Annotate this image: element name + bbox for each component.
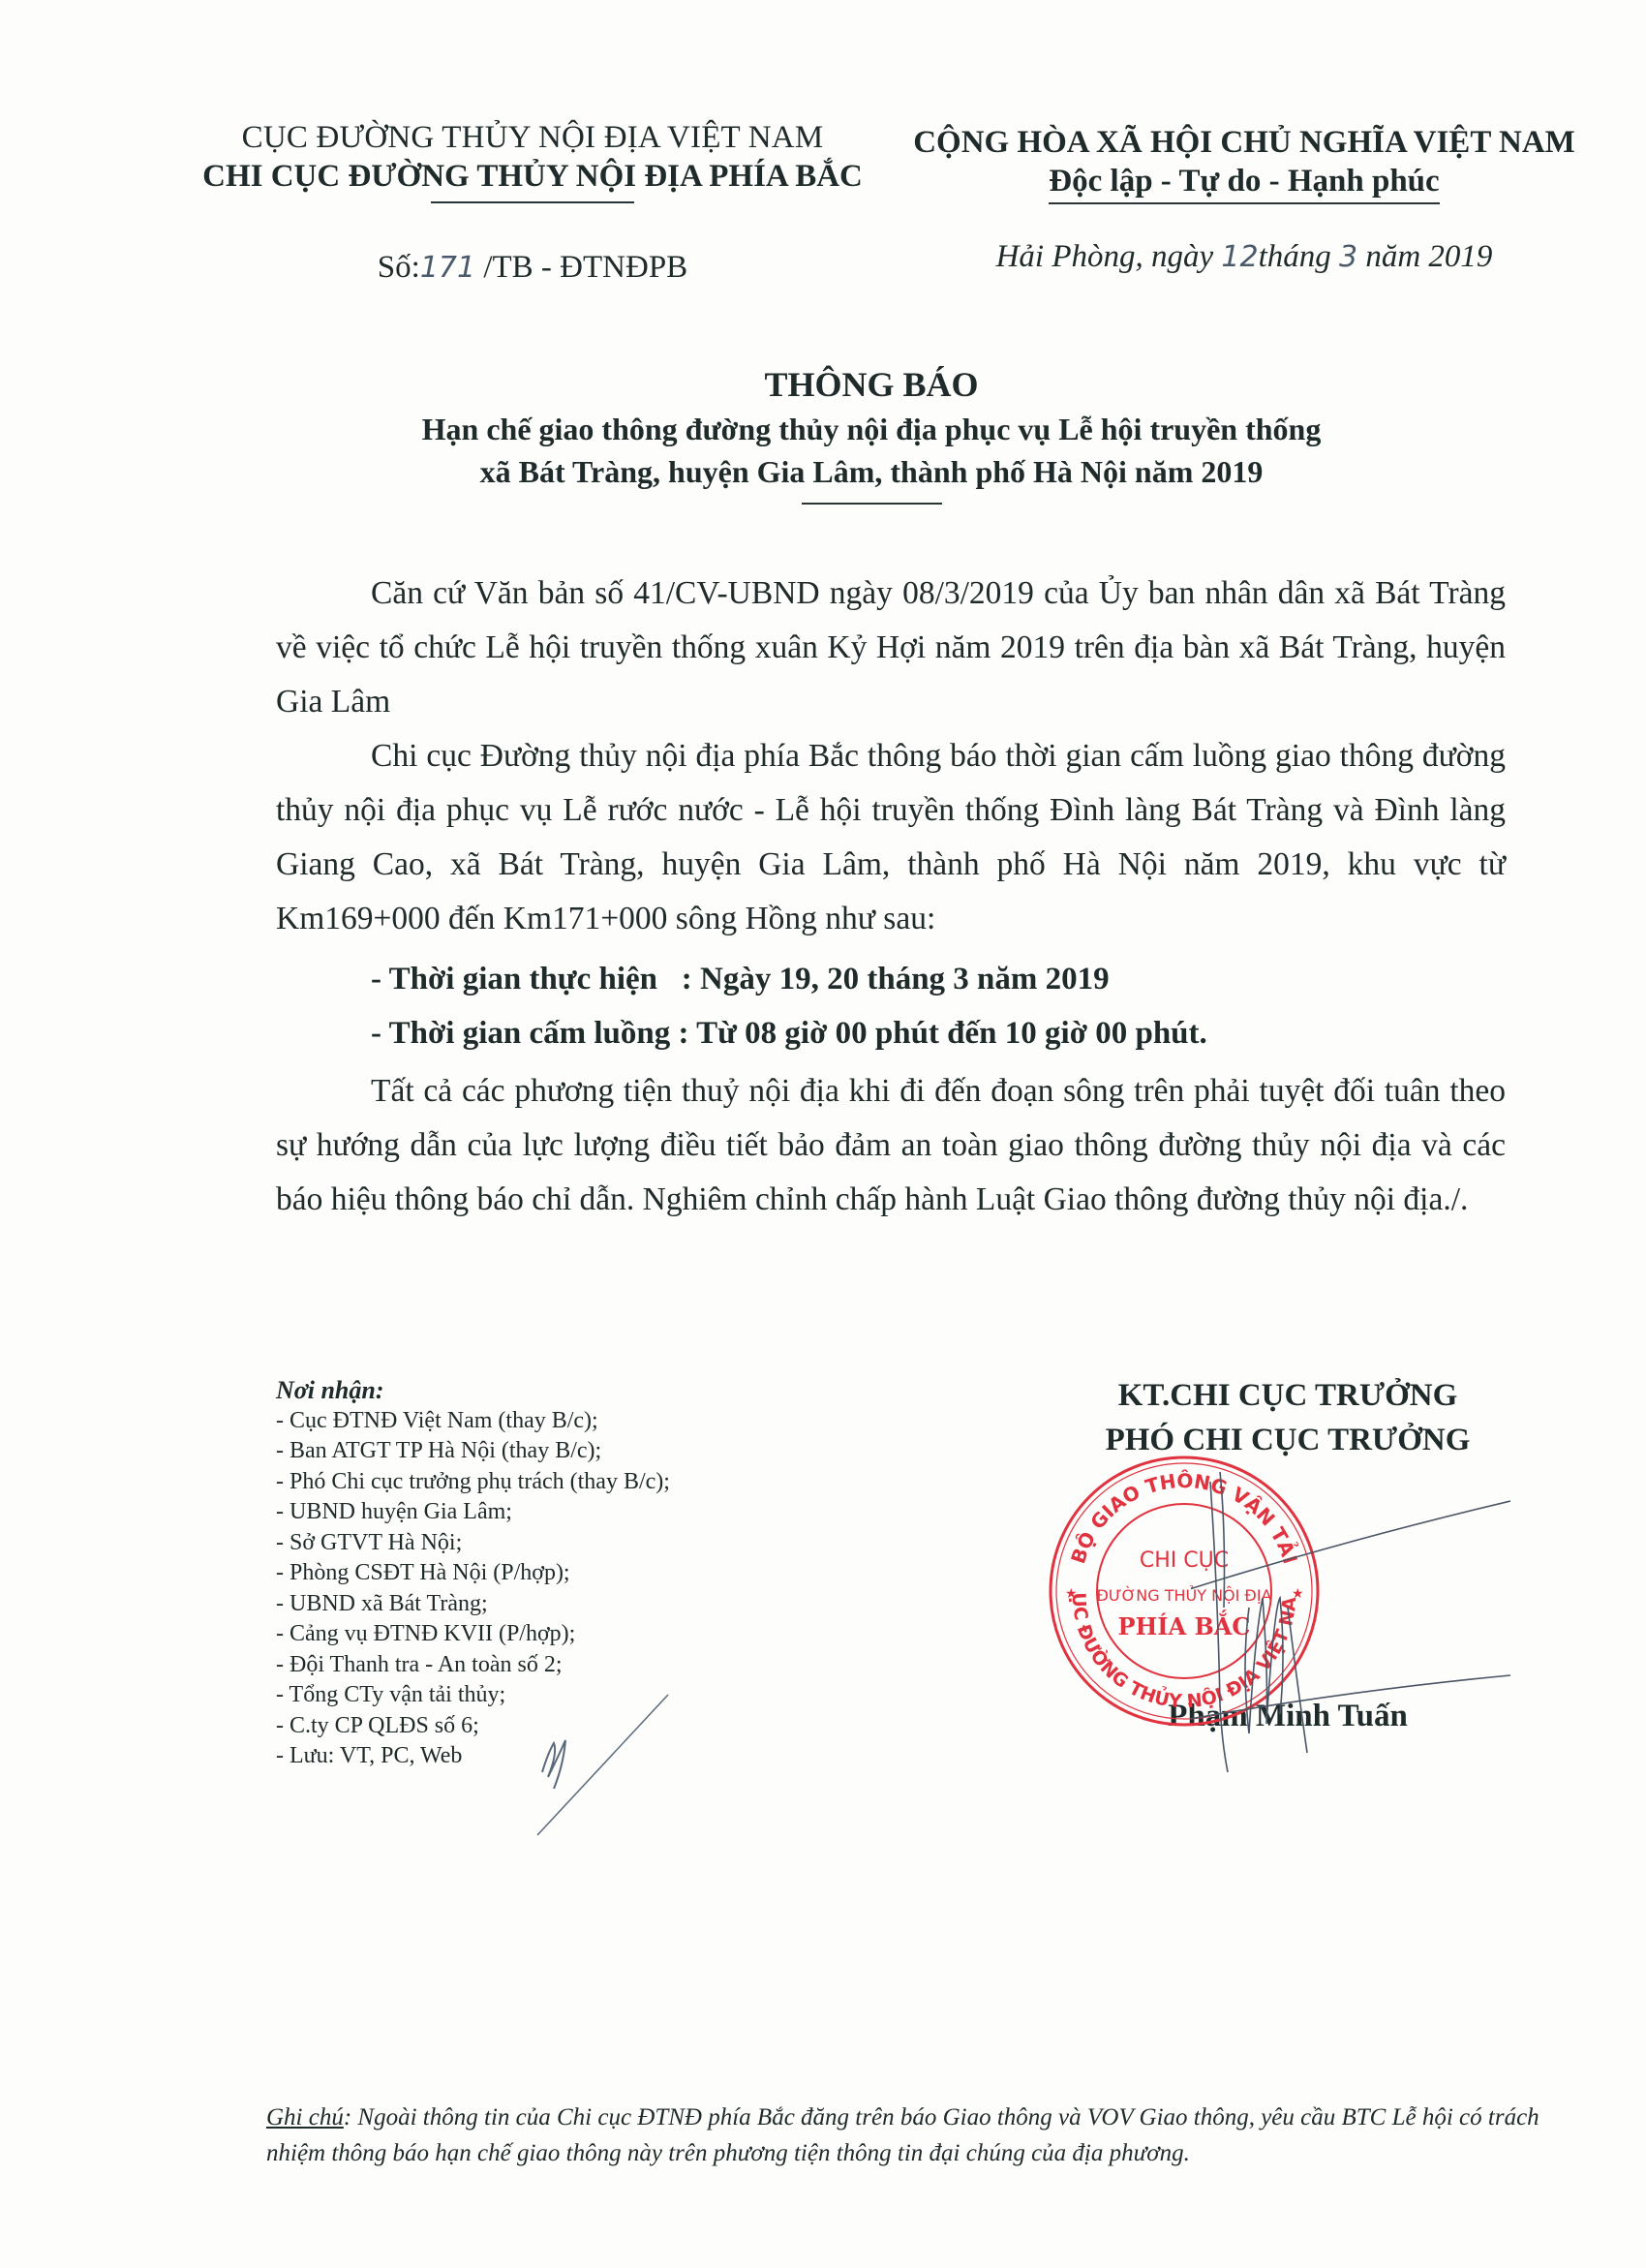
schedule-list: - Thời gian thực hiện : Ngày 19, 20 thán…	[276, 952, 1506, 1060]
footnote: Ghi chú: Ngoài thông tin của Chi cục ĐTN…	[266, 2099, 1554, 2171]
footnote-label: Ghi chú	[266, 2104, 344, 2130]
parent-agency: CỤC ĐƯỜNG THỦY NỘI ĐỊA VIỆT NAM	[165, 118, 900, 157]
recipient-item: - UBND huyện Gia Lâm;	[276, 1497, 876, 1528]
svg-text:★: ★	[1065, 1586, 1078, 1602]
paragraph-instructions: Tất cả các phương tiện thuỷ nội địa khi …	[276, 1064, 1506, 1227]
handwritten-signature-icon	[1191, 1453, 1510, 1782]
issuing-agency: CHI CỤC ĐƯỜNG THỦY NỘI ĐỊA PHÍA BẮC	[165, 157, 900, 196]
document-subject-line1: Hạn chế giao thông đường thủy nội địa ph…	[290, 408, 1452, 450]
recipient-item: - Cảng vụ ĐTNĐ KVII (P/hợp);	[276, 1619, 876, 1650]
place-date: Hải Phòng, ngày 12tháng 3 năm 2019	[881, 237, 1607, 277]
schedule-item-hours: - Thời gian cấm luồng : Từ 08 giờ 00 phú…	[371, 1006, 1506, 1060]
recipient-item: - Cục ĐTNĐ Việt Nam (thay B/c);	[276, 1406, 876, 1437]
date-suffix: năm 2019	[1357, 239, 1492, 274]
signature-block: KT.CHI CỤC TRƯỞNG PHÓ CHI CỤC TRƯỞNG Phạ…	[1017, 1373, 1559, 1462]
recipient-item: - UBND xã Bát Tràng;	[276, 1589, 876, 1620]
issuing-agency-block: CỤC ĐƯỜNG THỦY NỘI ĐỊA VIỆT NAM CHI CỤC …	[165, 118, 900, 288]
agency-underline	[431, 201, 634, 203]
document-title-block: THÔNG BÁO Hạn chế giao thông đường thủy …	[290, 361, 1452, 505]
paragraph-legal-basis: Căn cứ Văn bản số 41/CV-UBND ngày 08/3/2…	[276, 567, 1506, 729]
title-underline	[802, 503, 942, 505]
document-body: Căn cứ Văn bản số 41/CV-UBND ngày 08/3/2…	[276, 567, 1506, 1227]
number-suffix: /TB - ĐTNĐPB	[475, 250, 687, 285]
recipient-item: - Sở GTVT Hà Nội;	[276, 1528, 876, 1559]
recipient-item: - Phòng CSĐT Hà Nội (P/hợp);	[276, 1558, 876, 1589]
footnote-text: : Ngoài thông tin của Chi cục ĐTNĐ phía …	[266, 2104, 1539, 2166]
handwritten-day: 12	[1221, 240, 1258, 274]
national-motto: Độc lập - Tự do - Hạnh phúc	[1049, 162, 1439, 204]
document-number: Số:171 /TB - ĐTNĐPB	[165, 248, 900, 288]
schedule-item-dates: - Thời gian thực hiện : Ngày 19, 20 thán…	[371, 952, 1506, 1006]
date-mid: tháng	[1259, 239, 1339, 274]
handwritten-month: 3	[1339, 240, 1357, 274]
national-header-block: CỘNG HÒA XÃ HỘI CHỦ NGHĨA VIỆT NAM Độc l…	[881, 123, 1607, 277]
country-name: CỘNG HÒA XÃ HỘI CHỦ NGHĨA VIỆT NAM	[881, 123, 1607, 162]
number-prefix: Số:	[378, 250, 420, 285]
handwritten-number: 171	[420, 251, 475, 285]
document-type: THÔNG BÁO	[290, 361, 1452, 408]
date-prefix: Hải Phòng, ngày	[996, 239, 1222, 274]
document-subject-line2: xã Bát Tràng, huyện Gia Lâm, thành phố H…	[290, 450, 1452, 493]
initials-mark-icon	[523, 1656, 697, 1840]
recipient-item: - Ban ATGT TP Hà Nội (thay B/c);	[276, 1436, 876, 1467]
recipients-heading: Nơi nhận:	[276, 1375, 876, 1406]
paragraph-announcement: Chi cục Đường thủy nội địa phía Bắc thôn…	[276, 729, 1506, 946]
signer-authority: KT.CHI CỤC TRƯỞNG	[1017, 1373, 1559, 1418]
recipient-item: - Phó Chi cục trưởng phụ trách (thay B/c…	[276, 1467, 876, 1498]
